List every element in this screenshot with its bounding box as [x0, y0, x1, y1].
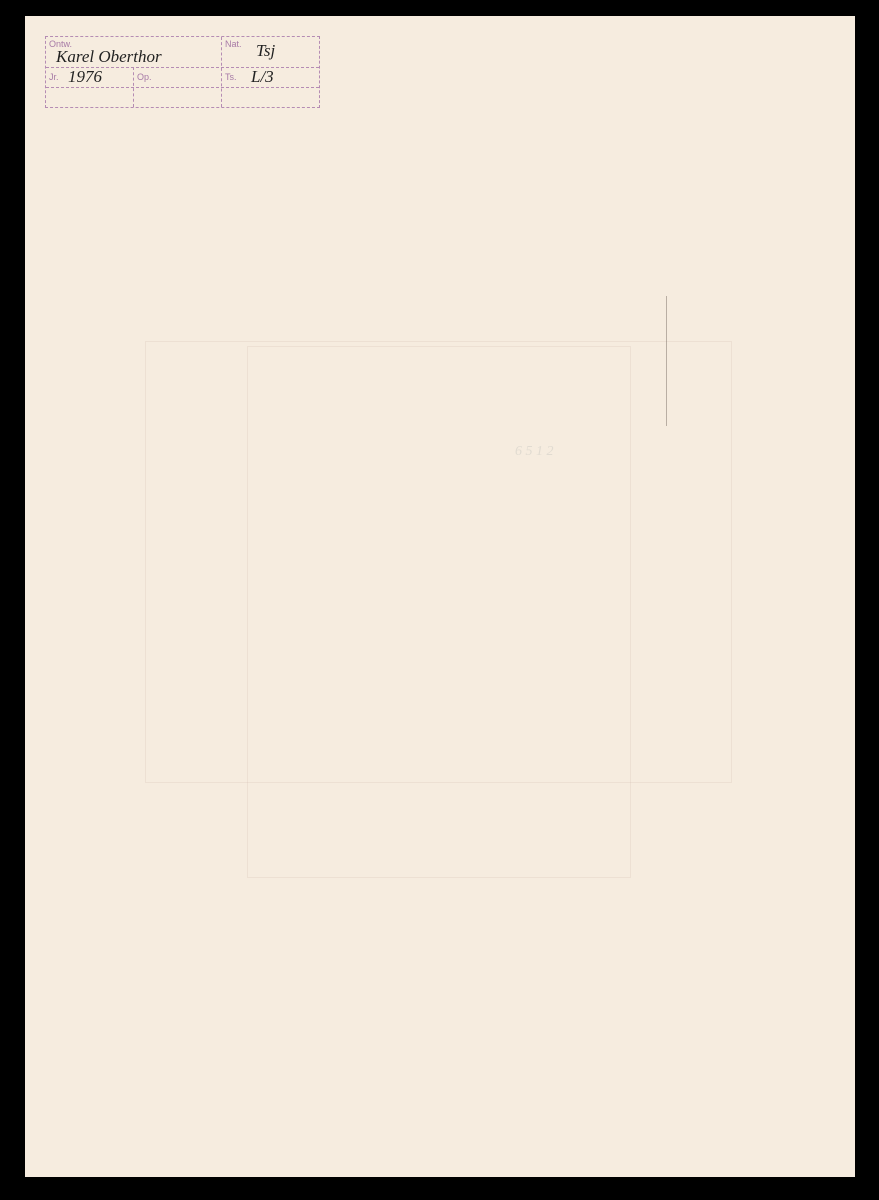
- year-label: Jr.: [49, 72, 59, 82]
- pencil-mark: [666, 296, 667, 426]
- ghost-number: 6 5 1 2: [515, 444, 554, 460]
- paper-sheet: Ontw. Karel Oberthor Nat. Tsj Jr. 1976 O…: [25, 16, 855, 1177]
- nationality-value: Tsj: [256, 41, 275, 61]
- stamp-divider: [133, 67, 134, 107]
- year-value: 1976: [68, 67, 102, 87]
- nationality-label: Nat.: [225, 39, 242, 49]
- stamp-divider: [46, 87, 319, 88]
- ts-label: Ts.: [225, 72, 237, 82]
- ghost-impression-inner: [247, 346, 631, 878]
- op-label: Op.: [137, 72, 152, 82]
- stamp-divider: [221, 37, 222, 107]
- designer-value: Karel Oberthor: [56, 47, 162, 67]
- ts-value: L/3: [251, 67, 274, 87]
- catalog-stamp-box: Ontw. Karel Oberthor Nat. Tsj Jr. 1976 O…: [45, 36, 320, 108]
